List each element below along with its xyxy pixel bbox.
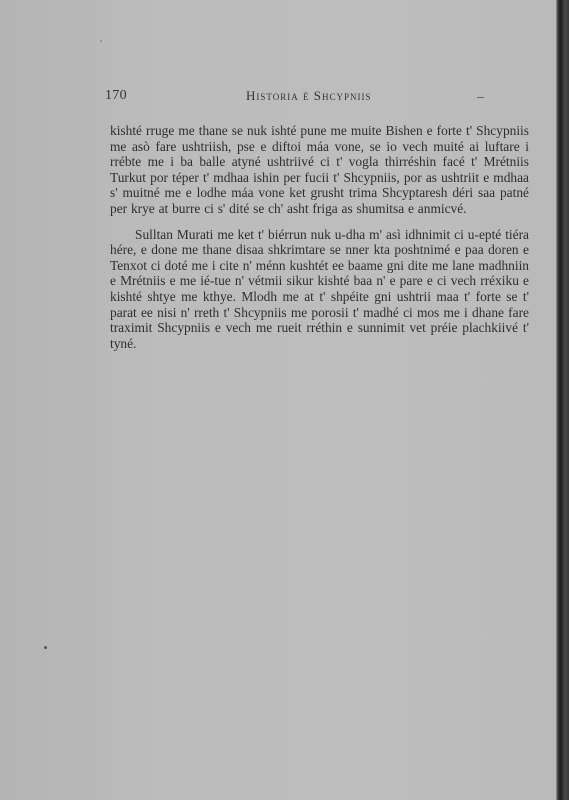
paragraph-2: Sulltan Murati me ket t' biérrun nuk u-d… <box>110 227 529 352</box>
body-text: kishté rruge me thane se nuk ishté pune … <box>110 123 529 351</box>
head-dash-mark <box>477 97 484 98</box>
running-title: Historia é Shcypniis <box>246 88 371 104</box>
page-number: 170 <box>105 88 127 104</box>
scan-speck <box>44 646 47 649</box>
book-page: 170 Historia é Shcypniis kishté rruge me… <box>0 0 556 800</box>
page-binding-edge <box>556 0 569 800</box>
running-head: 170 Historia é Shcypniis <box>105 88 525 106</box>
paragraph-1: kishté rruge me thane se nuk ishté pune … <box>110 123 529 217</box>
scan-speck <box>100 40 102 42</box>
